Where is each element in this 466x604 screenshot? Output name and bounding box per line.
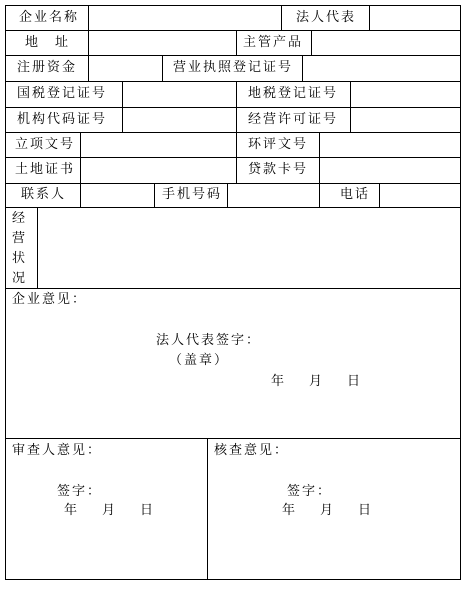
- col-line: [162, 55, 163, 81]
- label-national-tax-no: 国税登记证号: [17, 86, 107, 101]
- env-assessment-field[interactable]: [320, 133, 460, 157]
- mobile-field[interactable]: [228, 184, 319, 207]
- address-field[interactable]: [89, 31, 236, 55]
- label-main-product: 主管产品: [243, 35, 303, 50]
- main-product-field[interactable]: [312, 31, 460, 55]
- label-business-status-3: 状: [12, 251, 27, 266]
- label-contact-person: 联系人: [21, 187, 66, 202]
- local-tax-field[interactable]: [351, 82, 460, 107]
- label-legal-rep: 法人代表: [296, 10, 356, 25]
- label-address: 地 址: [25, 35, 70, 50]
- national-tax-field[interactable]: [123, 82, 236, 107]
- verification-signature: 签字：: [287, 484, 332, 499]
- border-bottom: [5, 579, 461, 580]
- label-env-assessment-no: 环评文号: [248, 137, 308, 152]
- enterprise-date: 年 月 日: [271, 374, 366, 389]
- enterprise-opinion-title: 企业意见：: [12, 292, 87, 307]
- label-registered-capital: 注册资金: [17, 60, 77, 75]
- company-name-field[interactable]: [89, 6, 281, 30]
- verification-date: 年 月 日: [282, 503, 377, 518]
- operating-permit-field[interactable]: [351, 108, 460, 132]
- org-code-field[interactable]: [123, 108, 236, 132]
- label-business-status-1: 经: [12, 211, 27, 226]
- reviewer-signature: 签字：: [57, 484, 102, 499]
- registered-capital-field[interactable]: [89, 56, 162, 81]
- business-license-field[interactable]: [303, 56, 460, 81]
- label-org-code-no: 机构代码证号: [17, 112, 107, 127]
- col-line: [236, 81, 237, 183]
- border-left: [5, 5, 6, 580]
- border-right: [460, 5, 461, 580]
- col-line: [154, 183, 155, 207]
- enterprise-legal-rep-signature: 法人代表签字：: [156, 333, 261, 348]
- land-certificate-field[interactable]: [81, 158, 236, 183]
- reviewer-opinion-title: 审查人意见：: [12, 443, 102, 458]
- label-operating-permit-no: 经营许可证号: [248, 112, 338, 127]
- reviewer-date: 年 月 日: [64, 503, 159, 518]
- contact-person-field[interactable]: [81, 184, 154, 207]
- col-line: [281, 5, 282, 30]
- col-line: [236, 30, 237, 55]
- label-land-certificate: 土地证书: [15, 162, 75, 177]
- business-status-field[interactable]: [38, 208, 460, 288]
- label-business-status-4: 况: [12, 271, 27, 286]
- loan-card-field[interactable]: [320, 158, 460, 183]
- label-local-tax-no: 地税登记证号: [248, 86, 338, 101]
- row-line: [5, 438, 461, 439]
- label-company-name: 企业名称: [19, 10, 79, 25]
- project-approval-field[interactable]: [81, 133, 236, 157]
- verification-opinion-title: 核查意见：: [214, 443, 289, 458]
- label-loan-card-no: 贷款卡号: [248, 162, 308, 177]
- label-business-license-no: 营业执照登记证号: [173, 60, 293, 75]
- label-project-approval-no: 立项文号: [15, 137, 75, 152]
- phone-field[interactable]: [380, 184, 460, 207]
- row-line: [5, 288, 461, 289]
- legal-rep-field[interactable]: [370, 6, 460, 30]
- label-mobile-no: 手机号码: [162, 187, 222, 202]
- col-line: [207, 438, 208, 579]
- enterprise-seal: （盖章）: [169, 353, 229, 368]
- label-business-status-2: 营: [12, 231, 27, 246]
- label-phone: 电话: [340, 187, 370, 202]
